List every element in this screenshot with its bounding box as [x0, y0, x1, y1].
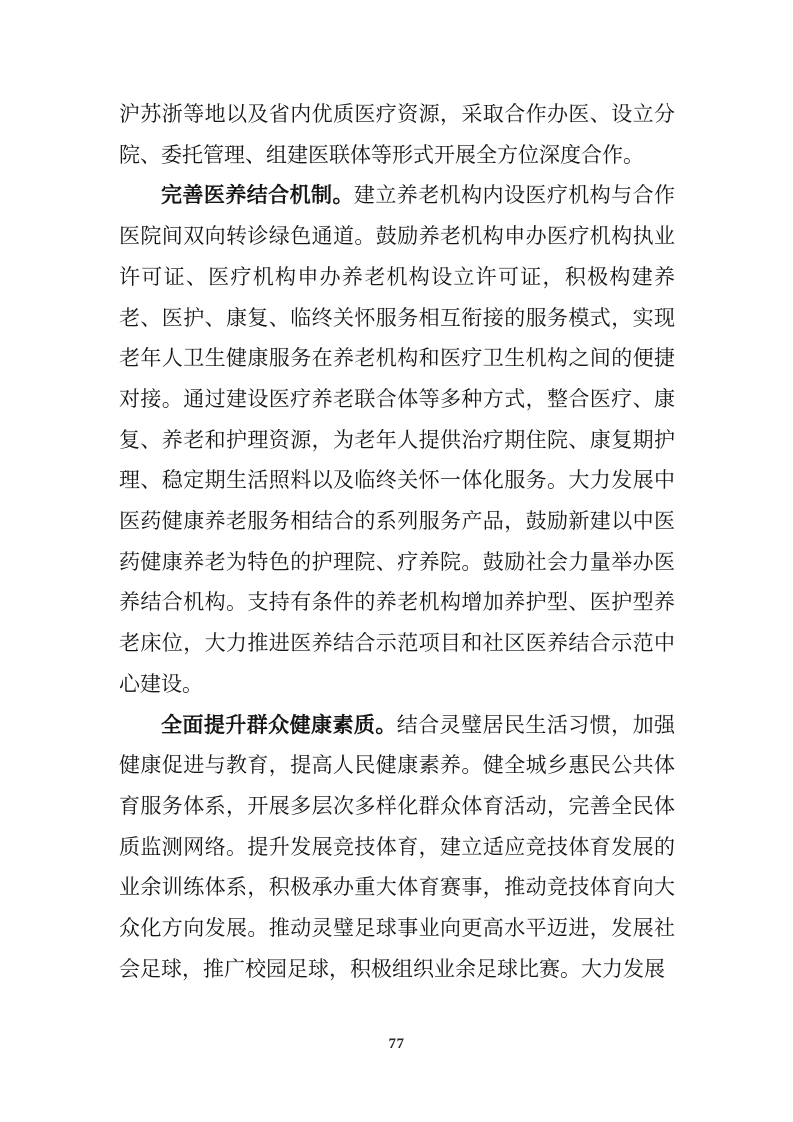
- paragraph-lead-bold: 全面提升群众健康素质。: [161, 713, 397, 737]
- paragraph-continuation: 沪苏浙等地以及省内优质医疗资源，采取合作办医、设立分院、委托管理、组建医联体等形…: [119, 94, 675, 175]
- paragraph-text: 建立养老机构内设医疗机构与合作医院间双向转诊绿色通道。鼓励养老机构申办医疗机构执…: [119, 183, 675, 695]
- paragraph-medical-care-integration: 完善医养结合机制。建立养老机构内设医疗机构与合作医院间双向转诊绿色通道。鼓励养老…: [119, 175, 675, 704]
- page-number: 77: [0, 1036, 793, 1053]
- paragraph-text: 沪苏浙等地以及省内优质医疗资源，采取合作办医、设立分院、委托管理、组建医联体等形…: [119, 102, 675, 167]
- document-page: 沪苏浙等地以及省内优质医疗资源，采取合作办医、设立分院、委托管理、组建医联体等形…: [0, 0, 793, 1122]
- paragraph-text: 结合灵璧居民生活习惯，加强健康促进与教育，提高人民健康素养。健全城乡惠民公共体育…: [119, 713, 675, 981]
- paragraph-public-health-quality: 全面提升群众健康素质。结合灵璧居民生活习惯，加强健康促进与教育，提高人民健康素养…: [119, 705, 675, 990]
- paragraph-lead-bold: 完善医养结合机制。: [161, 183, 354, 207]
- document-text-block: 沪苏浙等地以及省内优质医疗资源，采取合作办医、设立分院、委托管理、组建医联体等形…: [119, 94, 675, 989]
